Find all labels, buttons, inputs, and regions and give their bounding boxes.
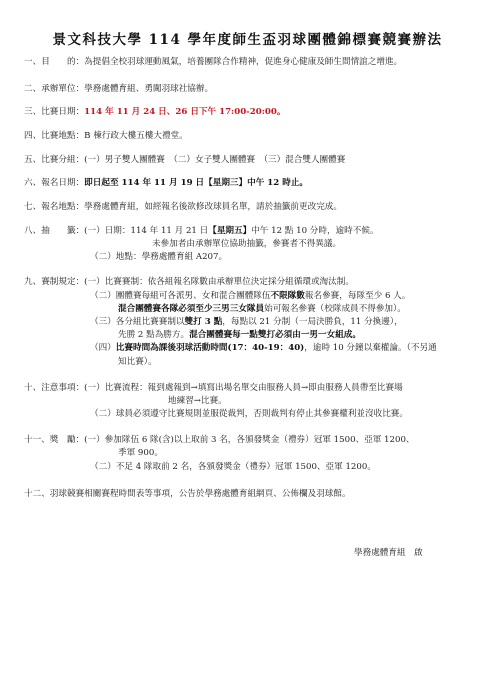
rule-time-cont: 知比賽）。 xyxy=(118,356,157,368)
draw-time: 中午 12 點 10 分時，逾時不候。 xyxy=(251,226,378,236)
section-notes: 十、注意事項：(一）比賽流程：報到處報到→填寫出場名單交由服務人員→即由服務人員… xyxy=(24,382,403,394)
note-process-cont: 地練習→比賽。 xyxy=(168,395,227,407)
section-text: (一）男子雙人團體賽 （二）女子雙人團體賽 （三）混合雙人團體賽 xyxy=(84,155,345,165)
section-label: 一、目 的： xyxy=(24,57,84,67)
section-label: 七、報名地點： xyxy=(24,202,84,212)
note-conduct: （二）球員必須遵守比賽規則並服從裁判，否則裁判有停止其參賽權利並沒收比賽。 xyxy=(90,408,408,420)
rule-team-entry: （二）團體賽每組可各派男、女和混合團體隊伍不限隊數報名參賽，每隊至少 6 人。 xyxy=(90,290,410,302)
rule-text: 報名參賽，每隊至少 6 人。 xyxy=(305,291,410,301)
signature: 學務處體育組 啟 xyxy=(354,547,423,559)
section-text: 學務處體育組、勇闖羽球社協辦。 xyxy=(84,84,213,94)
section-label: 十一、獎 勵： xyxy=(24,435,84,445)
draw-location: （二）地點：學務處體育組 A207。 xyxy=(90,251,227,263)
rule-emphasis: 混合團體賽各隊必須至少三男三女隊員 xyxy=(118,304,264,314)
draw-date: (一）日期：114 年 11 月 21 日 xyxy=(84,226,208,236)
section-registration-date: 六、報名日期：即日起至 114 年 11 月 19 日【星期三】中午 12 時止… xyxy=(24,177,308,189)
section-label: 五、比賽分組： xyxy=(24,155,84,165)
rule-emphasis: 雙打 3 點 xyxy=(185,317,223,327)
section-organizer: 二、承辦單位：學務處體育組、勇闖羽球社協辦。 xyxy=(24,83,213,95)
rule-text: （四） xyxy=(90,343,116,353)
section-divisions: 五、比賽分組：(一）男子雙人團體賽 （二）女子雙人團體賽 （三）混合雙人團體賽 xyxy=(24,154,345,166)
rule-text: ，每點以 21 分制（一局決勝負，11 分換邊）， xyxy=(222,317,402,327)
rule-text: 始可報名參賽（校隊成員不得參加）。 xyxy=(264,304,406,314)
section-text: 學務處體育組，如經報名後欲修改球員名單，請於抽籤前更改完成。 xyxy=(84,202,342,212)
section-awards: 十一、獎 勵：(一）參加隊伍 6 隊(含)以上取前 3 名，各頒發獎金（禮券）冠… xyxy=(24,434,415,446)
section-venue: 四、比賽地點：B 棟行政大樓五樓大禮堂。 xyxy=(24,130,188,142)
section-label: 九、賽制規定： xyxy=(24,277,84,287)
rule-emphasis: 不限隊數 xyxy=(270,291,304,301)
section-label: 八、抽 籤： xyxy=(24,226,84,236)
section-registration-place: 七、報名地點：學務處體育組，如經報名後欲修改球員名單，請於抽籤前更改完成。 xyxy=(24,201,342,213)
section-draw: 八、抽 籤：(一）日期：114 年 11 月 21 日【星期五】中午 12 點 … xyxy=(24,225,379,237)
section-label: 二、承辦單位： xyxy=(24,84,84,94)
award-six-teams-cont: 季軍 900。 xyxy=(118,447,163,459)
section-label: 四、比賽地點： xyxy=(24,131,84,141)
award-six-teams: (一）參加隊伍 6 隊(含)以上取前 3 名，各頒發獎金（禮券）冠軍 1500、… xyxy=(84,435,414,445)
section-announcement: 十二、羽球競賽相關賽程時間表等事項，公告於學務處體育組網頁、公佈欄及羽球館。 xyxy=(24,488,351,500)
rule-emphasis: 混合團體賽每一點雙打必須由一男一女組成。 xyxy=(189,330,361,340)
section-purpose: 一、目 的：為提倡全校羽球運動風氣，培養團隊合作精神，促進身心健康及師生間情誼之… xyxy=(24,56,402,68)
award-under-four: （二）不足 4 隊取前 2 名，各頒發獎金（禮券）冠軍 1500、亞軍 1200… xyxy=(90,461,376,473)
section-label: 十、注意事項： xyxy=(24,383,84,393)
section-rules: 九、賽制規定：(一）比賽賽制：依各組報名隊數由承辦單位決定採分組循環或淘汰制。 xyxy=(24,276,354,288)
registration-deadline: 即日起至 114 年 11 月 19 日【星期三】中午 12 時止。 xyxy=(84,178,308,188)
section-label: 六、報名日期： xyxy=(24,178,84,188)
rule-winning: 先勝 2 點為勝方。混合團體賽每一點雙打必須由一男一女組成。 xyxy=(118,329,361,341)
rule-mixed-requirement: 混合團體賽各隊必須至少三男三女隊員始可報名參賽（校隊成員不得參加）。 xyxy=(118,303,406,315)
section-date: 三、比賽日期：114 年 11 月 24 日、26 日下午 17:00-20:0… xyxy=(24,106,285,118)
rule-text: （三）各分組比賽賽制以 xyxy=(90,317,185,327)
draw-weekday: 【星期五】 xyxy=(208,226,251,236)
section-text: 為提倡全校羽球運動風氣，培養團隊合作精神，促進身心健康及師生間情誼之增進。 xyxy=(84,57,402,67)
rule-text: 先勝 2 點為勝方。 xyxy=(118,330,189,340)
note-process: (一）比賽流程：報到處報到→填寫出場名單交由服務人員→即由服務人員帶至比賽場 xyxy=(84,383,403,393)
section-text: B 棟行政大樓五樓大禮堂。 xyxy=(84,131,188,141)
document-title: 景文科技大學 114 學年度師生盃羽球團體錦標賽競賽辦法 xyxy=(0,28,495,48)
section-label: 三、比賽日期： xyxy=(24,107,84,117)
rule-scoring: （三）各分組比賽賽制以雙打 3 點，每點以 21 分制（一局決勝負，11 分換邊… xyxy=(90,316,403,328)
rule-emphasis: 比賽時間為課後羽球活動時間(17：40-19：40) xyxy=(116,343,304,353)
competition-date: 114 年 11 月 24 日、26 日下午 17:00-20:00。 xyxy=(84,107,285,117)
rule-text: （二）團體賽每組可各派男、女和混合團體隊伍 xyxy=(90,291,270,301)
rule-time: （四）比賽時間為課後羽球活動時間(17：40-19：40)，逾時 10 分鐘以棄… xyxy=(90,342,437,354)
draw-note: 未參加者由承辦單位協助抽籤，參賽者不得異議。 xyxy=(152,238,341,250)
rule-format: (一）比賽賽制：依各組報名隊數由承辦單位決定採分組循環或淘汰制。 xyxy=(84,277,354,287)
rule-text: ，逾時 10 分鐘以棄權論。（不另通 xyxy=(304,343,436,353)
